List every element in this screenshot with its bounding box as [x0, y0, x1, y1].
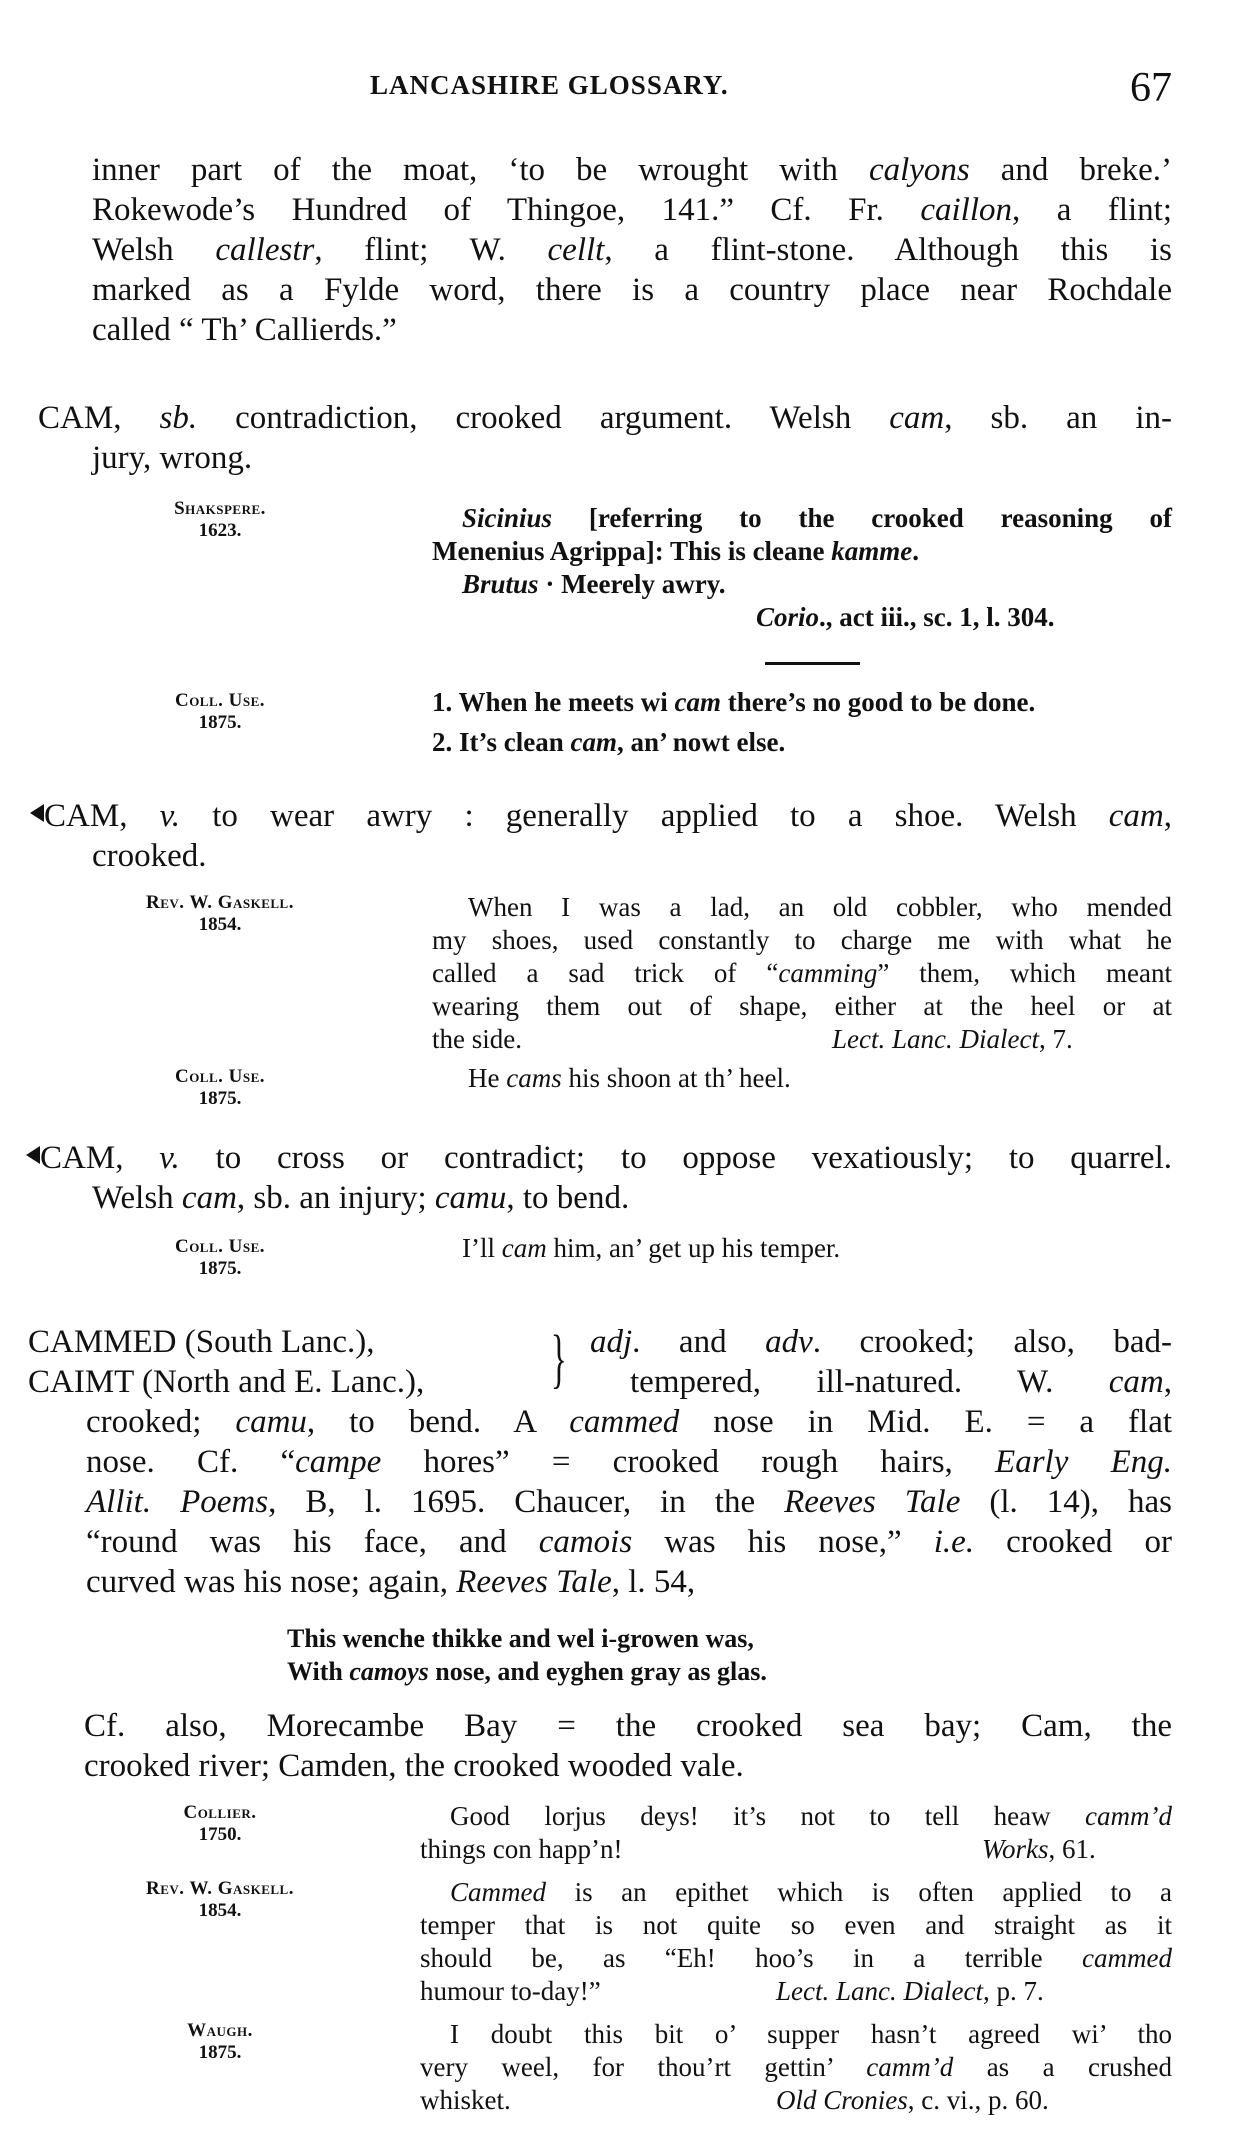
- quote-line: temper that is not quite so even and str…: [420, 1909, 1172, 1942]
- text-line: crooked; camu, to bend. A cammed nose in…: [86, 1402, 1172, 1442]
- brace-glyph: }: [551, 1326, 567, 1392]
- quote-line: Cammed is an epithet which is often appl…: [450, 1876, 1172, 1909]
- text-line: called “ Th’ Callierds.”: [92, 310, 397, 350]
- section-rule: [765, 662, 860, 665]
- text-line: marked as a Fylde word, there is a count…: [92, 270, 1172, 310]
- part-of-speech: v.: [159, 1140, 179, 1176]
- quote-line: called a sad trick of “camming” them, wh…: [432, 957, 1172, 990]
- pointing-hand-icon: [30, 804, 44, 822]
- quote-line: 1. When he meets wi cam there’s no good …: [432, 686, 1035, 719]
- citation-author: Coll. Use.: [110, 1066, 330, 1088]
- quote-line: should be, as “Eh! hoo’s in a terrible c…: [420, 1942, 1172, 1975]
- citation-source: Lect. Lanc. Dialect, p. 7.: [776, 1975, 1044, 2008]
- citation-author: Collier.: [110, 1802, 330, 1824]
- citation-year: 1854.: [95, 914, 345, 936]
- headword: CAM: [38, 400, 113, 436]
- citation-source: Corio., act iii., sc. 1, l. 304.: [756, 601, 1055, 634]
- citation-year: 1750.: [110, 1824, 330, 1846]
- quote-line: whisket.: [420, 2084, 511, 2117]
- citation-year: 1875.: [110, 2042, 330, 2064]
- citation-source: Old Cronies, c. vi., p. 60.: [776, 2084, 1049, 2117]
- citation-author: Coll. Use.: [110, 690, 330, 712]
- quote-line: my shoes, used constantly to charge me w…: [432, 924, 1172, 957]
- headword: CAM: [40, 1140, 115, 1176]
- quote-line: the side.: [432, 1023, 522, 1056]
- citation-author: Shakspere.: [110, 498, 330, 520]
- text-line: Rokewode’s Hundred of Thingoe, 141.” Cf.…: [92, 190, 1172, 230]
- quote-line: wearing them out of shape, either at the…: [432, 990, 1172, 1023]
- quote-line: Good lorjus deys! it’s not to tell heaw …: [450, 1800, 1172, 1833]
- citation-author: Coll. Use.: [110, 1236, 330, 1258]
- pointing-hand-icon: [26, 1146, 40, 1164]
- headword-line: CAM, v. to cross or contradict; to oppos…: [26, 1138, 1172, 1178]
- quote-line: I doubt this bit o’ supper hasn’t agreed…: [450, 2018, 1172, 2051]
- citation-year: 1875.: [110, 1088, 330, 1110]
- running-header: LANCASHIRE GLOSSARY. 67: [0, 64, 1239, 114]
- verse-line: With camoys nose, and eyghen gray as gla…: [287, 1655, 767, 1688]
- citation-year: 1875.: [110, 712, 330, 734]
- text-line: crooked.: [92, 836, 207, 876]
- quote-line: Menenius Agrippa]: This is cleane kamme.: [432, 535, 919, 568]
- quote-line: When I was a lad, an old cobbler, who me…: [468, 891, 1172, 924]
- citation-year: 1623.: [110, 520, 330, 542]
- citation-source: Works, 61.: [982, 1833, 1096, 1866]
- headword-line: CAIMT (North and E. Lanc.),: [28, 1362, 424, 1402]
- text-line: Welsh callestr, flint; W. cellt, a flint…: [92, 230, 1172, 270]
- text-line: inner part of the moat, ‘to be wrought w…: [92, 150, 1172, 190]
- page-number: 67: [1130, 64, 1172, 112]
- text-line: jury, wrong.: [92, 438, 252, 478]
- part-of-speech: v.: [160, 798, 180, 834]
- verse-line: This wenche thikke and wel i-growen was,: [287, 1622, 754, 1655]
- text-line: tempered, ill-natured. W. cam,: [630, 1362, 1172, 1402]
- text-line: Cf. also, Morecambe Bay = the crooked se…: [84, 1706, 1172, 1746]
- text-line: adj. and adv. crooked; also, bad-: [590, 1322, 1172, 1362]
- headword-line: CAM, v. to wear awry : generally applied…: [30, 796, 1172, 836]
- book-page: LANCASHIRE GLOSSARY. 67 inner part of th…: [0, 0, 1239, 2140]
- text-line: Welsh cam, sb. an injury; camu, to bend.: [92, 1178, 629, 1218]
- quote-line: Sicinius [referring to the crooked reaso…: [462, 502, 1172, 535]
- running-title: LANCASHIRE GLOSSARY.: [370, 70, 729, 101]
- quote-line: things con happ’n!: [420, 1833, 622, 1866]
- citation-author: Waugh.: [110, 2020, 330, 2042]
- quote-line: He cams his shoon at th’ heel.: [468, 1062, 791, 1095]
- quote-line: Brutus · Meerely awry.: [462, 568, 726, 601]
- quote-line: humour to-day!”: [420, 1975, 601, 2008]
- part-of-speech: sb.: [159, 400, 197, 436]
- citation-source: Lect. Lanc. Dialect, 7.: [832, 1023, 1073, 1056]
- quote-line: I’ll cam him, an’ get up his temper.: [462, 1232, 840, 1265]
- quote-line: 2. It’s clean cam, an’ nowt else.: [432, 726, 785, 759]
- citation-author: Rev. W. Gaskell.: [95, 1878, 345, 1900]
- text-line: crooked river; Camden, the crooked woode…: [84, 1746, 744, 1786]
- text-line: “round was his face, and camois was his …: [86, 1522, 1172, 1562]
- text-line: curved was his nose; again, Reeves Tale,…: [86, 1562, 695, 1602]
- citation-author: Rev. W. Gaskell.: [95, 892, 345, 914]
- citation-year: 1854.: [95, 1900, 345, 1922]
- headword-line: CAM, sb. contradiction, crooked argument…: [38, 398, 1172, 438]
- headword-line: CAMMED (South Lanc.),: [28, 1322, 374, 1362]
- headword: CAM: [44, 798, 119, 834]
- quote-line: very weel, for thou’rt gettin’ camm’d as…: [420, 2051, 1172, 2084]
- text-line: Allit. Poems, B, l. 1695. Chaucer, in th…: [86, 1482, 1172, 1522]
- text-line: nose. Cf. “campe hores” = crooked rough …: [86, 1442, 1172, 1482]
- citation-year: 1875.: [110, 1258, 330, 1280]
